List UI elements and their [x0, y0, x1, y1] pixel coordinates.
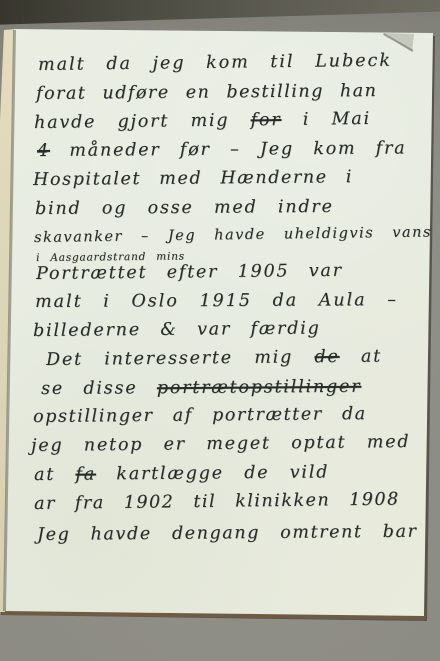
handwritten-text-segment: malt da jeg kom til Lubeck: [38, 51, 392, 75]
handwritten-text-segment: havde gjort mig: [34, 110, 251, 133]
handwritten-text-segment: at: [34, 465, 76, 485]
handwritten-text-segment: de: [314, 347, 339, 367]
handwritten-text-segment: 4: [37, 141, 50, 161]
handwritten-text-segment: Jeg havde dengang omtrent bar: [37, 522, 418, 545]
handwritten-text-segment: fa: [75, 464, 96, 484]
handwritten-text-segment: bind og osse med indre: [35, 197, 334, 219]
handwritten-line: ar fra 1902 til klinikken 1908: [34, 492, 400, 514]
handwritten-text-segment: ar fra 1902 til klinikken 1908: [34, 490, 400, 514]
handwritten-line: Hospitalet med Hænderne i: [33, 169, 353, 189]
handwritten-line: skavanker – Jeg havde uheldigvis vans: [34, 225, 432, 245]
handwritten-text-segment: forat udføre en bestilling han: [36, 81, 378, 104]
handwritten-text-segment: Hospitalet med Hænderne i: [33, 167, 353, 190]
handwritten-text-segment: opstillinger af portrætter da: [33, 404, 367, 427]
handwritten-line: opstillinger af portrætter da: [33, 406, 367, 426]
handwritten-line: Portrættet efter 1905 var: [36, 263, 343, 284]
handwritten-text-segment: billederne & var færdig: [33, 318, 321, 341]
handwritten-text-segment: skavanker – Jeg havde uheldigvis vans: [34, 224, 432, 246]
handwritten-text-segment: Portrættet efter 1905 var: [36, 261, 343, 284]
handwritten-text-segment: se disse: [41, 378, 157, 399]
handwritten-text-segment: malt i Oslo 1915 da Aula –: [35, 290, 398, 312]
handwritten-line: billederne & var færdig: [33, 320, 321, 340]
handwritten-line: at fa kartlægge de vild: [34, 464, 329, 484]
handwritten-line: se disse portrætopstillinger: [41, 379, 361, 399]
handwritten-text-segment: måneder før – Jeg kom fra: [50, 138, 407, 160]
handwritten-line: malt da jeg kom til Lubeck: [38, 53, 392, 75]
handwritten-line: Jeg havde dengang omtrent bar: [37, 524, 418, 545]
handwritten-line: malt i Oslo 1915 da Aula –: [35, 292, 398, 311]
handwritten-line: forat udføre en bestilling han: [36, 83, 377, 103]
handwritten-line: havde gjort mig for i Mai: [34, 111, 371, 133]
handwritten-line: Det interesserte mig de at: [46, 348, 382, 369]
handwritten-text-segment: Det interesserte mig: [46, 347, 315, 370]
handwritten-line: bind og osse med indre: [35, 199, 334, 219]
handwritten-text-segment: kartlægge de vild: [96, 462, 329, 484]
photographed-manuscript: malt da jeg kom til Lubeckforat udføre e…: [0, 0, 440, 661]
handwritten-text-segment: portrætopstillinger: [157, 377, 362, 398]
handwritten-text-segment: i Mai: [281, 109, 371, 130]
handwritten-text-segment: for: [251, 110, 282, 130]
handwritten-text-segment: at: [339, 346, 382, 366]
handwritten-text-block: malt da jeg kom til Lubeckforat udføre e…: [0, 0, 440, 661]
handwritten-text-segment: jeg netop er meget optat med: [31, 432, 410, 456]
handwritten-line: jeg netop er meget optat med: [31, 434, 410, 455]
handwritten-line: 4 måneder før – Jeg kom fra: [37, 140, 407, 160]
